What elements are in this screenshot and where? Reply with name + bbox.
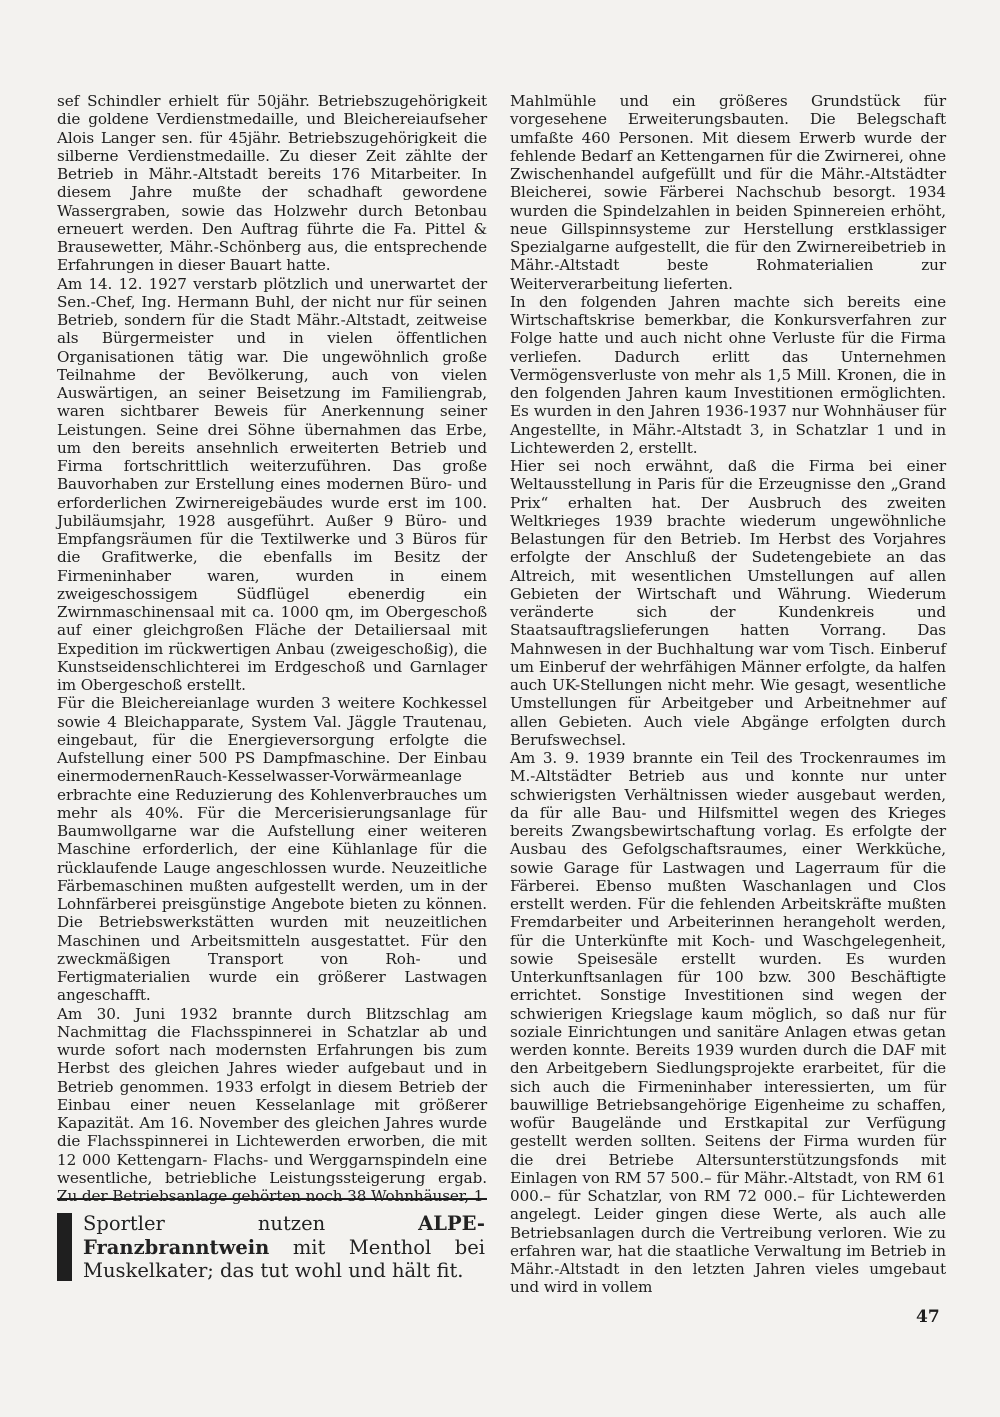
advertisement-bar-decoration (57, 1213, 72, 1281)
advertisement-divider (57, 1198, 487, 1200)
ad-lead: Sportler nutzen (83, 1212, 418, 1235)
document-page: sef Schindler erhielt für 50jähr. Betrie… (0, 0, 1000, 1417)
paragraph: In den folgenden Jahren machte sich bere… (510, 293, 946, 457)
paragraph: Am 3. 9. 1939 brannte ein Teil des Trock… (510, 749, 946, 1297)
paragraph: Am 14. 12. 1927 verstarb plötzlich und u… (57, 275, 487, 695)
right-column: Mahlmühle und ein größeres Grundstück fü… (510, 92, 946, 1297)
advertisement-text: Sportler nutzen ALPE-Franzbranntwein mit… (83, 1212, 485, 1283)
paragraph: Mahlmühle und ein größeres Grundstück fü… (510, 92, 946, 293)
paragraph: Für die Bleichereianlage wurden 3 weiter… (57, 694, 487, 1004)
page-number: 47 (916, 1307, 940, 1327)
paragraph: Am 30. Juni 1932 brannte durch Blitzschl… (57, 1005, 487, 1206)
left-column: sef Schindler erhielt für 50jähr. Betrie… (57, 92, 487, 1205)
paragraph: Hier sei noch erwähnt, daß die Firma bei… (510, 457, 946, 749)
paragraph: sef Schindler erhielt für 50jähr. Betrie… (57, 92, 487, 275)
